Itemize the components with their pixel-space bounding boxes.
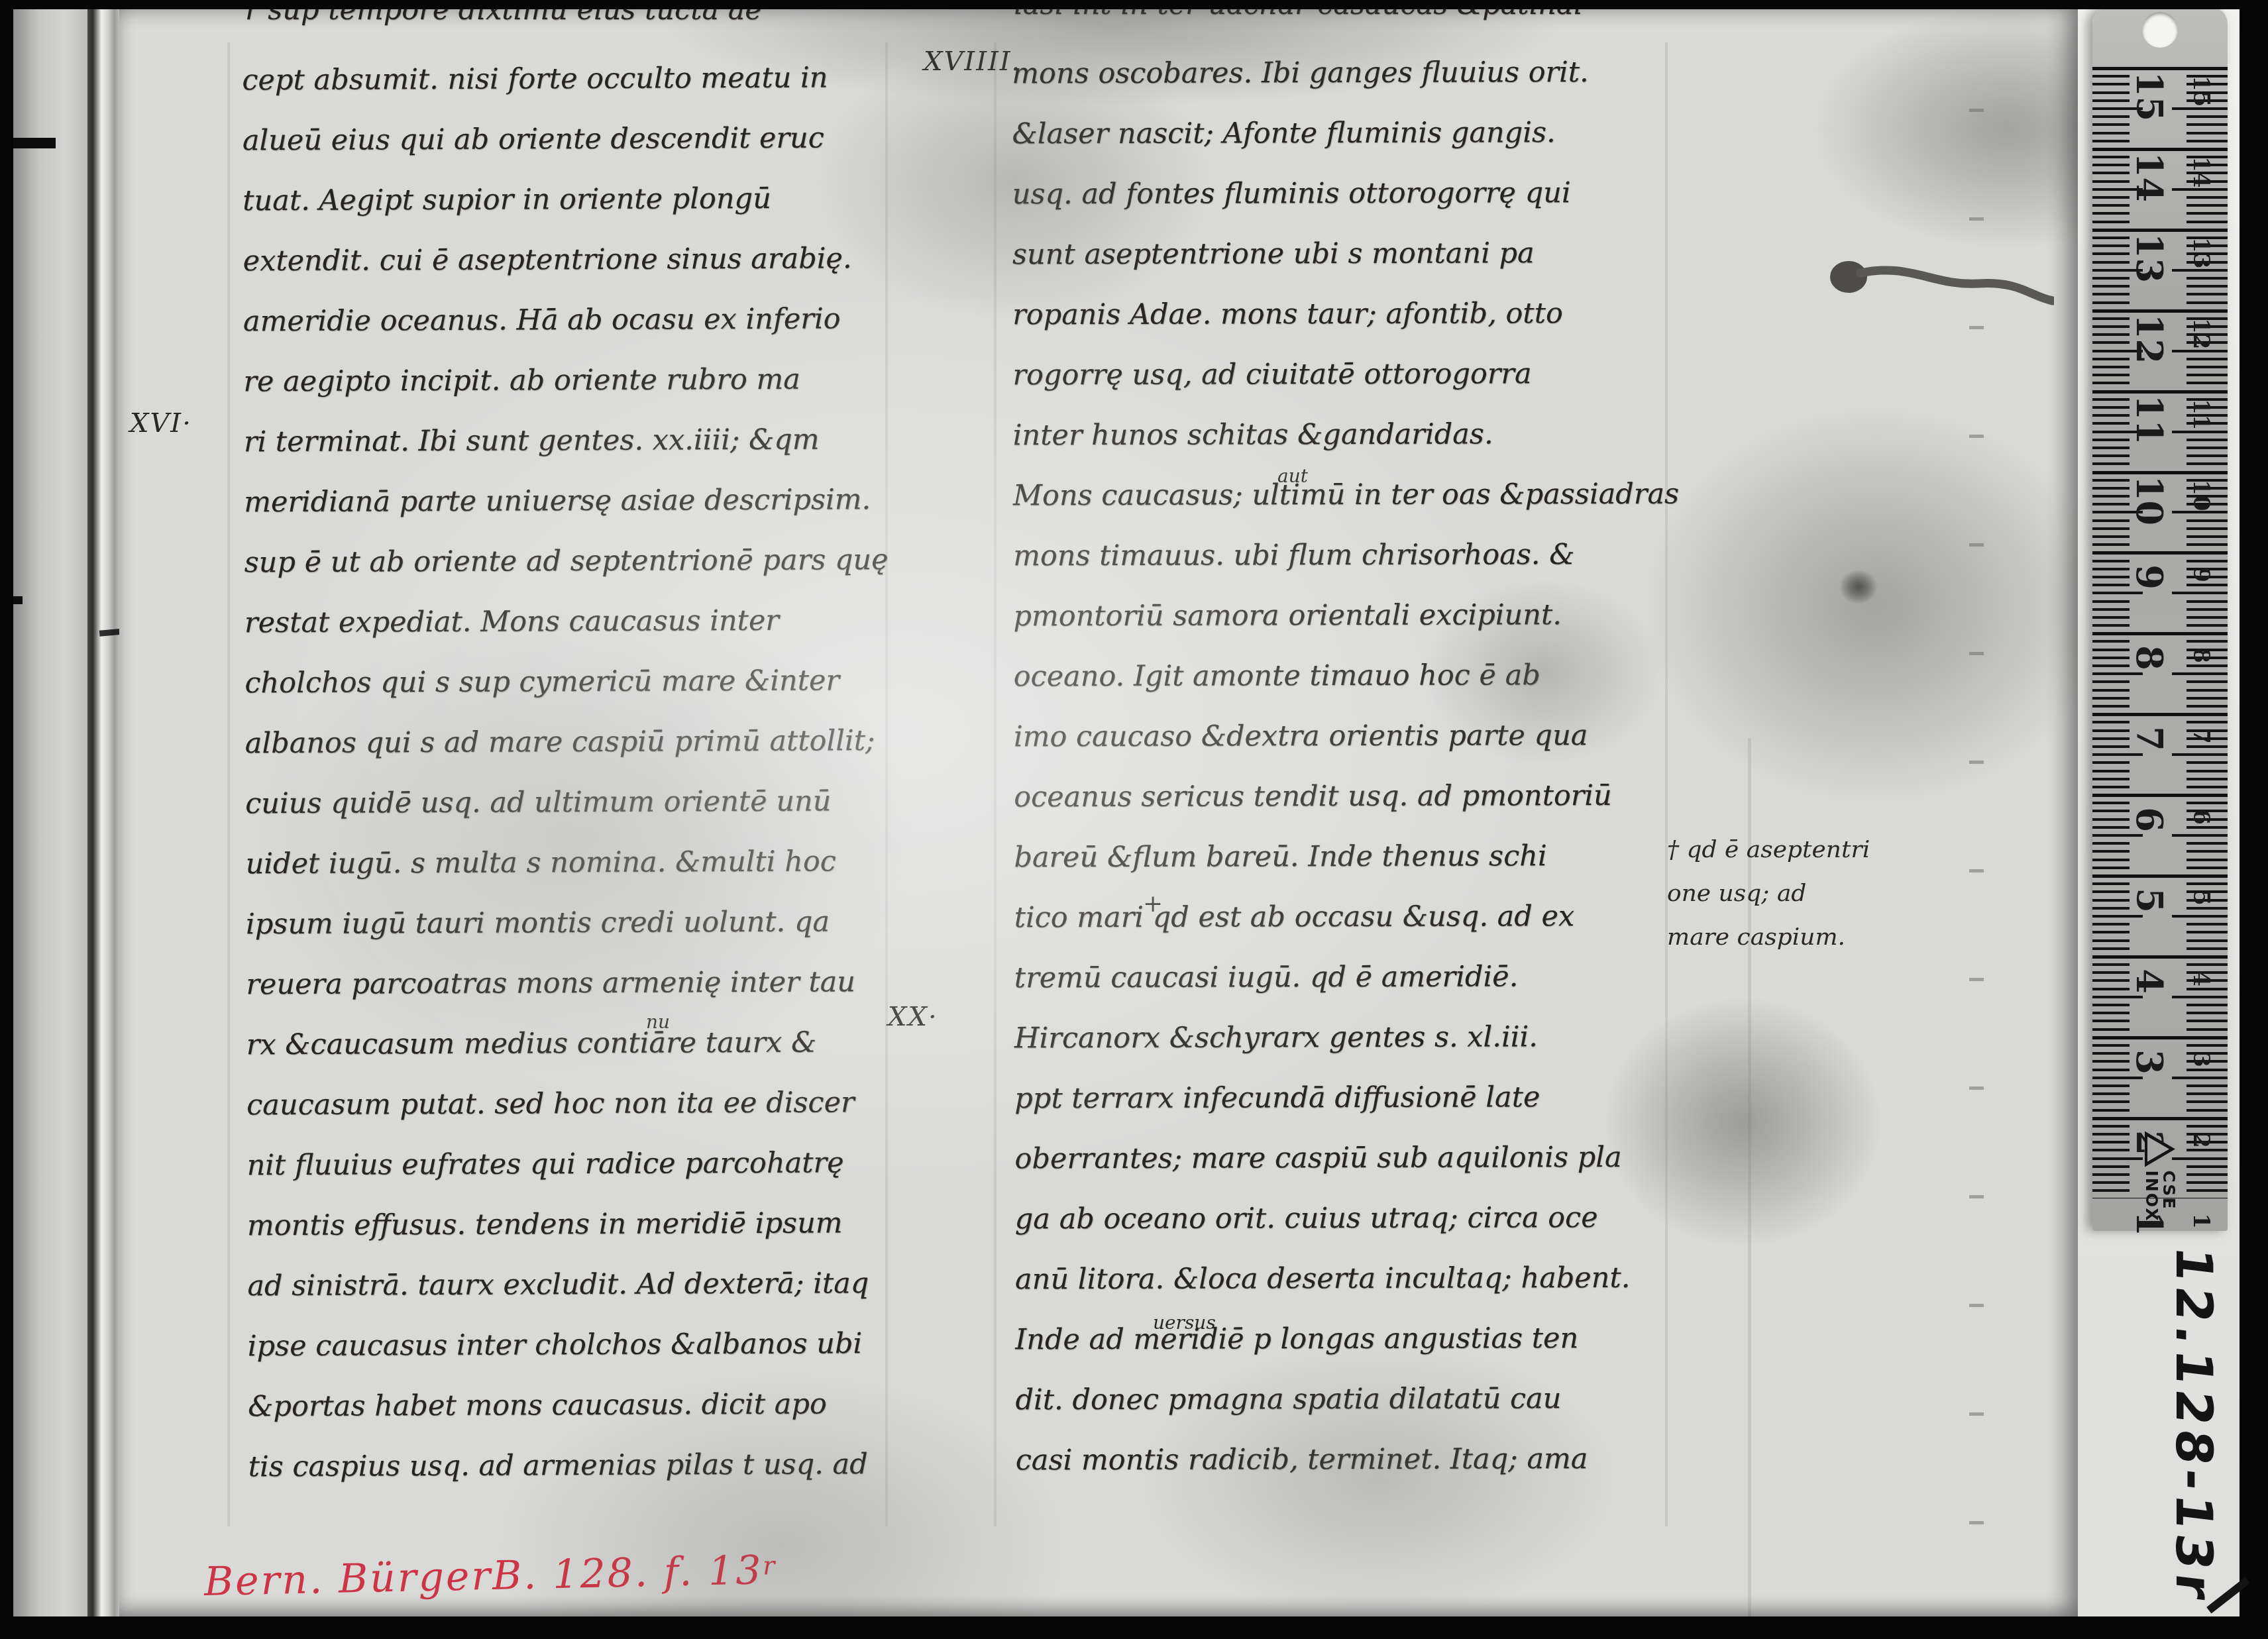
manuscript-line: tuat. Aegipt supior in oriente plongū — [243, 168, 925, 231]
manuscript-line: albanos qui s ad mare caspiū primū attol… — [245, 711, 928, 774]
ruler-number-small: 1 — [2188, 1206, 2214, 1236]
ruler-number-small: 9 — [2188, 560, 2214, 589]
manuscript-line: uidet iugū. s multa s nomina. &multi hoc — [245, 831, 928, 894]
manuscript-line: restat expediat. Mons caucasus inter — [244, 590, 927, 653]
margin-gloss-line: one usq; ad — [1667, 872, 1870, 916]
manuscript-line: ropanis Adae. mons taur; afontib, otto — [1012, 284, 1695, 346]
manuscript-line: oberrantes; mare caspiū sub aquilonis pl… — [1014, 1128, 1697, 1190]
photo-frame-left — [0, 0, 13, 1639]
manuscript-line: cuius quidē usq. ad ultimum orientē unū — [245, 771, 928, 834]
chapter-numeral-xviiii: XVIIII. — [924, 46, 1021, 77]
ruler-number: 12 — [2128, 314, 2171, 356]
manuscript-line: reuera parcoatras mons armenię inter tau — [246, 952, 928, 1015]
manuscript-line: caucasum putat. sed hoc non ita ee disce… — [246, 1073, 929, 1136]
margin-gloss: † qd ē aseptentri one usq; ad mare caspi… — [1667, 828, 1870, 959]
manuscript-line: usq. ad fontes fluminis ottorogorrę qui — [1012, 163, 1695, 225]
manuscript-line: dit. donec pmagna spatia dilatatū cau — [1015, 1369, 1698, 1431]
shelfmark-vertical: 12.128-13r — [2144, 1248, 2243, 1619]
ruler-number: 3 — [2128, 1041, 2171, 1083]
ruler-number-small: 12 — [2188, 318, 2214, 347]
manuscript-line: casi montis radicib, terminet. Itaq; ama — [1016, 1429, 1698, 1491]
inox-triangle-icon — [2145, 1132, 2175, 1167]
ruler-maker-mark: CSE INOX — [2143, 1132, 2177, 1222]
shelfmark-text: 12.128-13r — [2165, 1243, 2224, 1607]
ruler-number-small: 15 — [2188, 76, 2214, 105]
ruler-number-small: 5 — [2188, 883, 2214, 912]
ruler-number-small: 11 — [2188, 399, 2214, 428]
interlinear-gloss: nu — [646, 1011, 670, 1033]
ruling-line — [227, 42, 230, 1526]
manuscript-photo: r sup tempore dixtimū eius tucta ae iasi… — [0, 0, 2268, 1639]
manuscript-line: ad sinistrā. taurx excludit. Ad dexterā;… — [247, 1253, 930, 1316]
margin-gloss-line: † qd ē aseptentri — [1667, 828, 1870, 872]
ruler-number: 5 — [2128, 879, 2171, 922]
ruler-number-small: 6 — [2188, 802, 2214, 831]
manuscript-line: inter hunos schitas &gandaridas. — [1013, 404, 1696, 466]
manuscript-line: Inde ad meridiē p longas angustias ten — [1015, 1308, 1698, 1371]
manuscript-line: imo caucaso &dextra orientis parte qua — [1014, 706, 1696, 768]
ruler-number-small: 3 — [2188, 1045, 2214, 1074]
manuscript-line: Mons caucasus; ultimū in ter oas &passia… — [1013, 464, 1696, 527]
manuscript-line: extendit. cui ē aseptentrione sinus arab… — [243, 229, 925, 291]
manuscript-line: tremū caucasi iugū. qd ē ameridiē. — [1014, 947, 1697, 1009]
ruler-number: 15 — [2128, 72, 2171, 114]
chapter-numeral-xvi: XVI· — [130, 408, 192, 439]
ink-smear — [1829, 242, 2054, 322]
ruler-number: 11 — [2128, 395, 2171, 437]
photo-frame-top — [0, 0, 2268, 9]
ruler-number: 6 — [2128, 798, 2171, 841]
interlinear-gloss: aut — [1277, 465, 1308, 487]
ruler-number: 14 — [2128, 152, 2171, 195]
chapter-numeral-xx: XX· — [888, 1002, 938, 1032]
manuscript-line: ppt terrarx infecundā diffusionē late — [1014, 1067, 1697, 1130]
manuscript-line: oceanus sericus tendit usq. ad pmontoriū — [1014, 766, 1696, 828]
binding-crease — [87, 7, 121, 1619]
left-column-clipped-line: r sup tempore dixtimū eius tucta ae — [245, 9, 762, 40]
manuscript-line: ameridie oceanus. Hā ab ocasu ex inferio — [243, 289, 926, 352]
ruler-number: 4 — [2128, 960, 2171, 1002]
ruling-line — [994, 42, 997, 1526]
ruler-number: 10 — [2128, 476, 2171, 518]
manuscript-line: bareū &flum bareū. Inde thenus schi — [1014, 826, 1696, 888]
parchment-page: r sup tempore dixtimū eius tucta ae iasi… — [119, 9, 2078, 1618]
manuscript-line: nit fluuius eufrates qui radice parcohat… — [246, 1133, 929, 1196]
ruler-hanging-hole — [2142, 12, 2178, 48]
manuscript-line: montis effusus. tendens in meridiē ipsum — [247, 1193, 930, 1256]
manuscript-line: &laser nascit; Afonte fluminis gangis. — [1012, 103, 1694, 165]
ruler-number-small: 10 — [2188, 480, 2214, 509]
interlinear-gloss: uersus — [1153, 1312, 1216, 1334]
ruler-number: 7 — [2128, 717, 2171, 760]
manuscript-line: Hircanorx &schyrarx gentes s. xl.iii. — [1014, 1007, 1697, 1069]
manuscript-line: tis caspius usq. ad armenias pilas t usq… — [248, 1434, 930, 1497]
manuscript-line: tico mari qd est ab occasu &usq. ad ex — [1014, 886, 1696, 949]
manuscript-line: meridianā parte uniuersę asiae descripsi… — [244, 470, 926, 533]
ruler-number: 8 — [2128, 637, 2171, 679]
manuscript-line: alueū eius qui ab oriente descendit eruc — [243, 108, 925, 171]
manuscript-line: cholchos qui s sup cymericū mare &inter — [244, 651, 927, 714]
manuscript-line: cept absumit. nisi forte occulto meatu i… — [242, 48, 924, 111]
ruler-number-small: 4 — [2188, 964, 2214, 993]
right-text-column: mons oscobares. Ibi ganges fluuius orit.… — [1012, 42, 1698, 1491]
librarian-inscription-text: Bern. BürgerB. 128. f. 13 — [203, 1547, 763, 1605]
left-text-column: cept absumit. nisi forte occulto meatu i… — [242, 48, 931, 1497]
manuscript-line: ipse caucasus inter cholchos &albanos ub… — [248, 1314, 930, 1377]
ruler-number: 13 — [2128, 233, 2171, 276]
ruler-number-small: 13 — [2188, 237, 2214, 266]
manuscript-line: oceano. Igit amonte timauo hoc ē ab — [1014, 645, 1696, 708]
maker-line1: CSE — [2160, 1171, 2177, 1222]
interlinear-gloss: + — [1143, 890, 1163, 918]
manuscript-line: re aegipto incipit. ab oriente rubro ma — [243, 349, 926, 412]
ruler: 15 14 13 12 11 10 9 8 7 6 5 4 3 2 1 15 1… — [2092, 7, 2228, 1231]
librarian-inscription-superscript: r — [763, 1551, 777, 1580]
photo-frame-right — [2240, 0, 2268, 1639]
ruler-number-small: 7 — [2188, 721, 2214, 751]
ruler-number-small: 8 — [2188, 641, 2214, 670]
manuscript-line: rogorrę usq, ad ciuitatē ottorogorra — [1012, 344, 1695, 406]
ruler-number-small: 14 — [2188, 156, 2214, 185]
librarian-inscription: Bern. BürgerB. 128. f. 13r — [203, 1547, 777, 1605]
manuscript-line: &portas habet mons caucasus. dicit apo — [248, 1374, 930, 1437]
manuscript-line: sup ē ut ab oriente ad septentrionē pars… — [244, 530, 926, 593]
manuscript-line: pmontoriū samora orientali excipiunt. — [1013, 585, 1696, 647]
photo-frame-bottom — [0, 1616, 2268, 1639]
maker-line2: INOX — [2143, 1171, 2160, 1222]
manuscript-line: sunt aseptentrione ubi s montani pa — [1012, 223, 1695, 286]
manuscript-line: anū litora. &loca deserta incultaq; habe… — [1015, 1248, 1698, 1310]
manuscript-line: mons oscobares. Ibi ganges fluuius orit. — [1012, 42, 1694, 105]
manuscript-line: ipsum iugū tauri montis credi uolunt. qa — [246, 892, 928, 955]
margin-gloss-line: mare caspium. — [1667, 916, 1870, 959]
pricking-marks — [1969, 109, 1984, 1546]
manuscript-line: ga ab oceano orit. cuius utraq; circa oc… — [1015, 1188, 1698, 1250]
ruler-number-small: 2 — [2188, 1126, 2214, 1155]
manuscript-line: rx &caucasum medius contiāre taurx & — [246, 1012, 929, 1075]
previous-folio-edge — [13, 7, 87, 1619]
ruler-number: 9 — [2128, 556, 2171, 598]
manuscript-line: mons timauus. ubi flum chrisorhoas. & — [1013, 525, 1696, 587]
manuscript-line: ri terminat. Ibi sunt gentes. xx.iiii; &… — [244, 409, 926, 472]
right-column-clipped-line: iasi int in ter uachar casaucas &patinai — [1014, 9, 1582, 35]
